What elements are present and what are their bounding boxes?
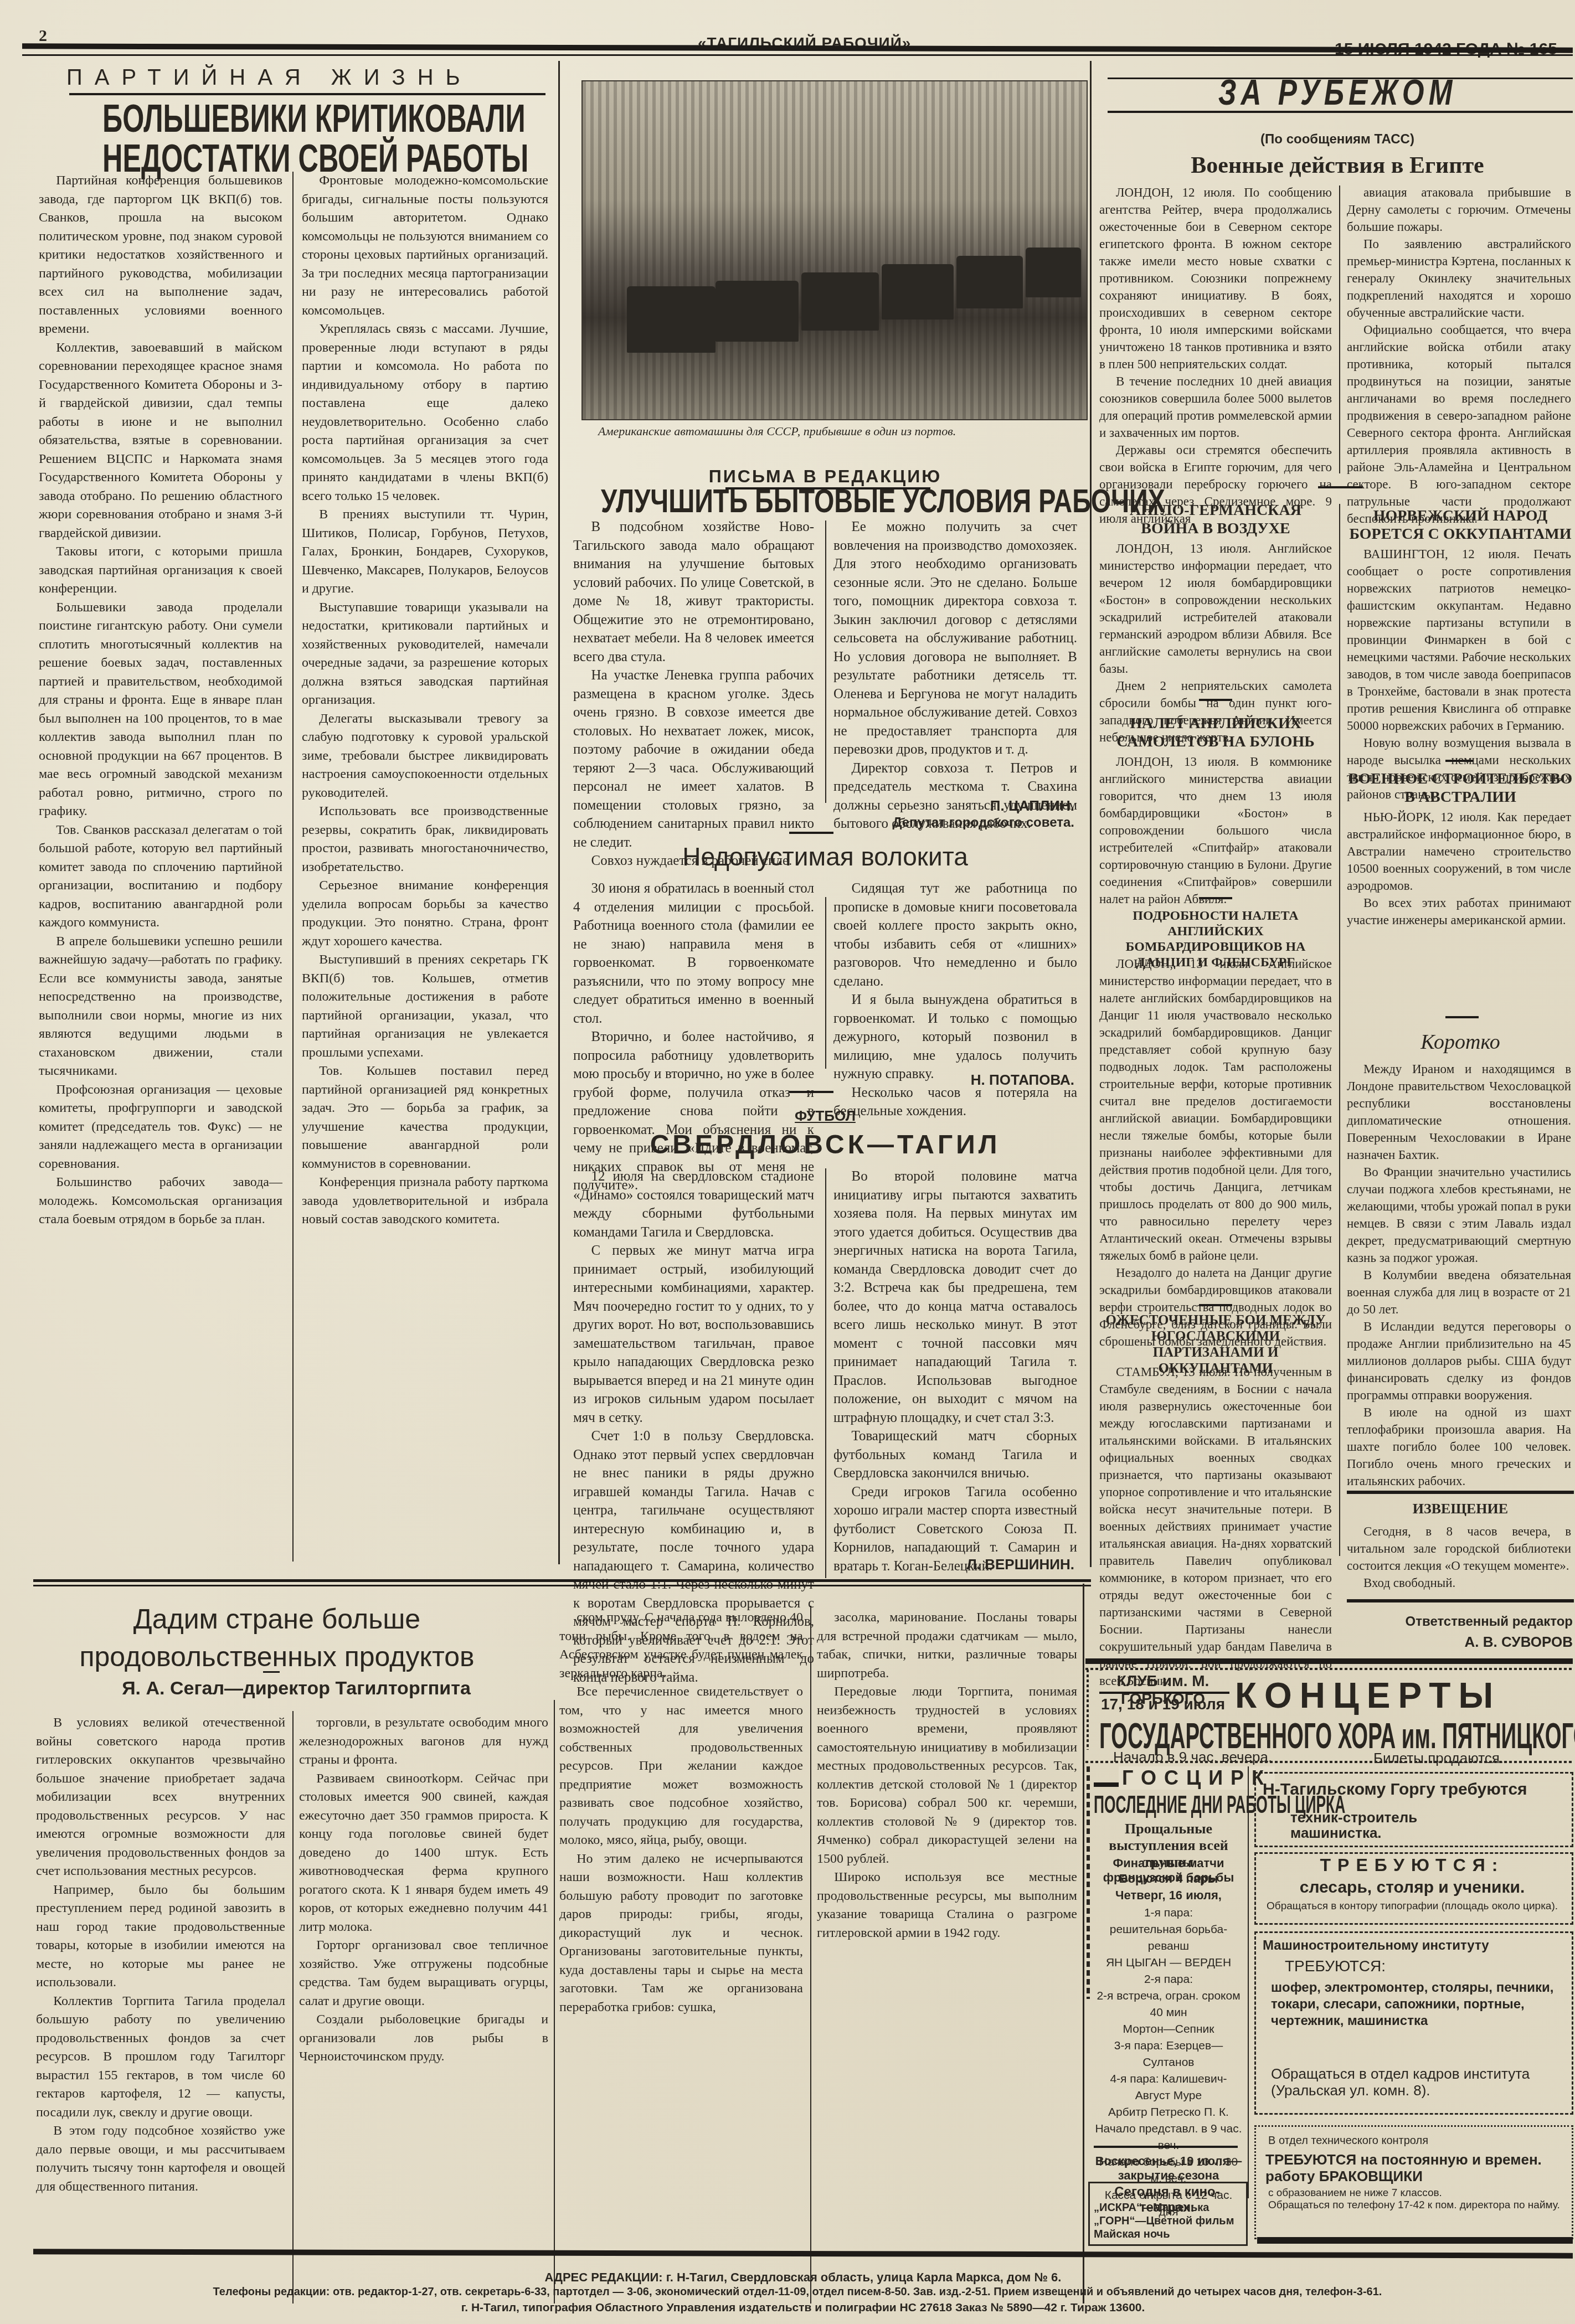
paragraph: Профсоюзная организация — цеховые комите… — [39, 1081, 282, 1174]
ad-border — [1085, 1668, 1573, 1670]
separator-thick — [1347, 1599, 1574, 1602]
food-col3: ском пруду. С начала года выловлено 40 т… — [559, 1609, 803, 2017]
editor-name: А. В. СУВОРОВ — [1368, 1634, 1573, 1651]
column-divider — [292, 172, 294, 1562]
ad-border — [1087, 1766, 1090, 1999]
paragraph: Партийная конференция большевиков завода… — [39, 172, 282, 339]
paragraph: В Колумбии введена обязательная военная … — [1347, 1266, 1571, 1318]
flensburg-text: ЛОНДОН, 13 июля. Английское министерство… — [1099, 955, 1332, 1350]
paragraph: 12 июля на свердловском стадионе «Динамо… — [573, 1167, 814, 1241]
column-divider — [1339, 504, 1340, 1556]
circus-pairs: Борются 4 пары — [1094, 1872, 1243, 1886]
separator — [1199, 699, 1232, 701]
column-divider — [825, 897, 826, 1069]
ad-border — [1087, 1669, 1089, 1750]
concert-dates: 17, 18 и 19 июля — [1099, 1696, 1227, 1713]
qc-req: с образованием не ниже 7 классов.Обращат… — [1268, 2187, 1567, 2212]
cinema-listings: „ИСКРА“—Машенька„ГОРН“—Цветной фильмМайс… — [1094, 2201, 1234, 2241]
paragraph: В условиях великой отечественной войны с… — [36, 1714, 285, 1881]
circus-day: Четверг, 16 июля, — [1094, 1888, 1243, 1903]
paragraph: Выступивший в прениях секретарь ГК ВКП(б… — [302, 951, 548, 1062]
letters-signature-title: Депутат городского совета. — [864, 815, 1074, 831]
line: Арбитр Петреско П. К. — [1094, 2104, 1243, 2121]
paragraph: В июле на одной из шахт теплофабрики про… — [1347, 1404, 1571, 1490]
line: Майская ночь — [1094, 2228, 1234, 2241]
institute-positions: шофер, электромонтер, столяры, печники, … — [1271, 1980, 1564, 2029]
column-divider — [554, 1700, 555, 2304]
paragraph: Тов. Сванков рассказал делегатам о той б… — [39, 821, 282, 932]
paragraph: Во второй половине матча инициативу игры… — [833, 1167, 1077, 1427]
qc-intro: В отдел технического контроля — [1268, 2135, 1428, 2147]
paragraph: Все перечисленное свидетельствует о том,… — [559, 1683, 803, 1850]
separator — [263, 1671, 280, 1673]
line: 3-я пара: Езерцев—Султанов — [1094, 2038, 1243, 2071]
headline-red-tape: Недопустимая волокита — [570, 842, 1080, 872]
separator — [789, 832, 833, 834]
paragraph: Фронтовые молодежно-комсомольские бригад… — [302, 172, 548, 320]
paragraph: На участке Леневка группа рабочих размещ… — [573, 666, 814, 852]
truck-shape — [882, 264, 954, 320]
rubric-football: ФУТБОЛ — [570, 1107, 1080, 1125]
paragraph: засолка, маринование. Посланы товары для… — [817, 1609, 1077, 1683]
paragraph: В Исландии ведутся переговоры о продаже … — [1347, 1318, 1571, 1404]
rubric-party-life: ПАРТИЙНАЯ ЖИЗНЬ — [66, 65, 472, 90]
qc-title: ТРЕБУЮТСЯ на постоянную и времен. работу… — [1265, 2151, 1564, 2184]
paragraph: Создали рыболовецкие бригады и организов… — [299, 2011, 548, 2067]
ad-rule — [1257, 2237, 1573, 2244]
column-divider — [825, 521, 826, 803]
column-divider — [1248, 1766, 1249, 2198]
truck-shape — [716, 281, 799, 342]
letters-col1: В подсобном хозяйстве Ново-Тагильского з… — [573, 518, 814, 870]
truck-shape — [956, 256, 1023, 308]
food-col2: торговли, в результате освободим много ж… — [299, 1714, 548, 2067]
paragraph: Между Ираном и находящимся в Лондоне пра… — [1347, 1060, 1571, 1163]
boulogne-text: ЛОНДОН, 13 июля. В коммюнике английского… — [1099, 753, 1332, 908]
truck-shape — [1026, 248, 1081, 297]
line: 2-я встреча, огран. сроком 40 мин — [1094, 1988, 1243, 2021]
newspaper-page: 2 «ТАГИЛЬСКИЙ РАБОЧИЙ» 15 ИЮЛЯ 1942 ГОДА… — [0, 0, 1575, 2324]
institute-org: Машиностроительному институту — [1263, 1938, 1489, 1954]
separator — [1318, 486, 1362, 488]
separator — [1445, 760, 1473, 762]
line: Мортон—Сепник — [1094, 2021, 1243, 2038]
headline-australia: ВОЕННОЕ СТРОИТЕЛЬСТВО В АВСТРАЛИИ — [1347, 770, 1574, 806]
headline-boulogne: НАЛЕТ АНГЛИЙСКИХ САМОЛЕТОВ НА БУЛОНЬ — [1099, 714, 1332, 751]
paragraph: Широко используя все местные продовольст… — [817, 1868, 1077, 1942]
paragraph: Но этим далеко не исчерпываются наши воз… — [559, 1850, 803, 2017]
paragraph: Развиваем свиноотkорм. Сейчас при столов… — [299, 1770, 548, 1937]
truck-shape — [627, 286, 716, 353]
separator-thick — [1347, 1491, 1574, 1494]
institute-contact: Обращаться в отдел кадров института (Ура… — [1271, 2065, 1564, 2099]
footer-printer: г. Н-Тагил, типография Областного Управл… — [33, 2301, 1573, 2315]
editor-label: Ответственный редактор — [1368, 1614, 1573, 1630]
headline-anglo-german: АНГЛО-ГЕРМАНСКАЯ ВОЙНА В ВОЗДУХЕ — [1099, 501, 1332, 538]
paragraph: Серьезное внимание конференция уделила в… — [302, 877, 548, 951]
norway-text: ВАШИНГТОН, 12 июля. Печать сообщает о ро… — [1347, 545, 1571, 803]
rubric-abroad: ЗА РУБЕЖОМ — [1149, 72, 1526, 113]
byline-food: Я. А. Сегал—директор Тагилторгпита — [33, 1678, 559, 1699]
paragraph: Сидящая тут же работница по прописке в д… — [833, 879, 1077, 991]
egypt-col2: авиация атаковала прибывшие в Дерну само… — [1347, 184, 1571, 527]
paragraph: Например, было бы большим преступлением … — [36, 1881, 285, 1992]
paragraph: Коллектив, завоевавший в майском соревно… — [39, 339, 282, 543]
footer-address: АДРЕС РЕДАКЦИИ: г. Н-Тагил, Свердловская… — [33, 2270, 1573, 2285]
paragraph: Во Франции значительно участились случаи… — [1347, 1163, 1571, 1266]
abroad-frame — [1108, 111, 1573, 113]
paragraph: Товарищеский матч сборных футбольных ком… — [833, 1427, 1077, 1483]
paragraph: ЛОНДОН, 13 июля. Английское министерство… — [1099, 540, 1332, 677]
notice-text: Сегодня, в 8 часов вечера, в читальном з… — [1347, 1523, 1571, 1591]
paragraph: Использовать все производственные резерв… — [302, 802, 548, 877]
section-rule — [33, 1579, 1091, 1582]
paragraph: В этом году подсобное хозяйство уже дало… — [36, 2122, 285, 2196]
paragraph: Ее можно получить за счет вовлечения на … — [833, 518, 1077, 759]
paragraph: Тов. Кольшев поставил перед партийной ор… — [302, 1062, 548, 1173]
column-divider — [825, 1168, 826, 1578]
red-tape-signature: Н. ПОТАПОВА. — [914, 1071, 1074, 1089]
headline-football: СВЕРДЛОВСК—ТАГИЛ — [570, 1130, 1080, 1160]
food-col4: засолка, маринование. Посланы товары для… — [817, 1609, 1077, 1942]
paragraph: В прениях выступили тт. Чурин, Шитиков, … — [302, 506, 548, 599]
paragraph: В апреле большевики успешно решили важне… — [39, 932, 282, 1081]
paragraph: По заявлению австралийского премьер-мини… — [1347, 235, 1571, 321]
printing-title: ТРЕБУЮТСЯ: — [1254, 1855, 1570, 1875]
truck-shape — [801, 272, 879, 331]
football-col2: Во второй половине матча инициативу игры… — [833, 1167, 1077, 1575]
column-divider — [292, 1711, 294, 2304]
paragraph: ском пруду. С начала года выловлено 40 т… — [559, 1609, 803, 1683]
column-divider — [558, 61, 560, 1564]
food-col1: В условиях великой отечественной войны с… — [36, 1714, 285, 2196]
paragraph: ВАШИНГТОН, 12 июля. Печать сообщает о ро… — [1347, 545, 1571, 734]
paragraph: Большинство рабочих завода—молодежь. Ком… — [39, 1173, 282, 1229]
line: ЯН ЦЫГАН — ВЕРДЕН — [1094, 1955, 1243, 1971]
institute-title: ТРЕБУЮТСЯ: — [1285, 1957, 1386, 1975]
australia-text: НЬЮ-ЙОРК, 12 июля. Как передает австрали… — [1347, 808, 1571, 929]
paragraph: Таковы итоги, с которыми пришла заводска… — [39, 543, 282, 599]
separator — [789, 1091, 833, 1093]
concert-tickets: Билеты продаются. — [1373, 1750, 1504, 1767]
torg-positions: техник-строительмашинистка. — [1290, 1810, 1417, 1841]
masthead-rule-thin — [22, 54, 1573, 56]
paragraph: НЬЮ-ЙОРК, 12 июля. Как передает австрали… — [1347, 808, 1571, 894]
photo-trucks — [581, 80, 1088, 420]
paragraph: СТАМБУЛ, 13 июля. По полученным в Стамбу… — [1099, 1363, 1332, 1689]
headline-norway: НОРВЕЖСКИЙ НАРОД БОРЕТСЯ С ОККУПАНТАМИ — [1347, 507, 1574, 543]
footer-rule — [33, 2249, 1573, 2258]
paragraph: 30 июня я обратилась в военный стол 4 от… — [573, 879, 814, 1028]
paragraph: Официально сообщается, что вчера английс… — [1347, 321, 1571, 527]
paragraph: Выступавшие товарищи указывали на недост… — [302, 599, 548, 710]
torg-title: Н-Тагильскому Горгу требуются — [1263, 1780, 1527, 1799]
paragraph: Конференция признала работу парткома зав… — [302, 1173, 548, 1229]
paragraph: В подсобном хозяйстве Ново-Тагильского з… — [573, 518, 814, 666]
printing-positions: слесарь, столяр и ученики. — [1254, 1878, 1570, 1897]
party-life-col1: Партийная конференция большевиков завода… — [39, 172, 282, 1229]
briefly-text: Между Ираном и находящимся в Лондоне пра… — [1347, 1060, 1571, 1490]
paragraph: торговли, в результате освободим много ж… — [299, 1714, 548, 1770]
circus-rule — [1094, 2146, 1238, 2148]
paragraph: ЛОНДОН, 12 июля. По сообщению агентства … — [1099, 184, 1332, 373]
ad-rule — [1085, 1658, 1573, 1664]
ad-border — [1085, 1761, 1573, 1763]
paragraph: И я была вынуждена обратиться в горвоенк… — [833, 991, 1077, 1084]
football-signature: Л. ВЕРШИНИН. — [914, 1556, 1074, 1573]
paragraph: Коллектив Торгпита Тагила проделал больш… — [36, 1992, 285, 2122]
paragraph: Большевики завода проделали поистине гиг… — [39, 599, 282, 821]
separator — [1445, 1016, 1479, 1018]
headline-egypt: Военные действия в Египте — [1102, 152, 1573, 179]
line: 2-я пара: — [1094, 1971, 1243, 1988]
line: „ИСКРА“—Машенька — [1094, 2201, 1234, 2214]
party-life-col2: Фронтовые молодежно-комсомольские бригад… — [302, 172, 548, 1229]
footer-phones: Телефоны редакции: отв. редактор-1-27, о… — [22, 2286, 1573, 2299]
concert-start: Начало в 9 час. вечера. — [1113, 1749, 1272, 1766]
paragraph: ЛОНДОН, 13 июля. В коммюнике английского… — [1099, 753, 1332, 908]
page-number: 2 — [39, 27, 47, 45]
headline-notice: ИЗВЕЩЕНИЕ — [1347, 1501, 1574, 1517]
line: Начало представл. в 9 час. веч. — [1094, 2121, 1243, 2154]
separator — [1199, 1304, 1232, 1306]
headline-food: Дадим стране больше продовольственных пр… — [33, 1600, 521, 1676]
column-divider — [1339, 185, 1340, 473]
line: 1-я пара: — [1094, 1905, 1243, 1921]
circus-name: ГОСЦИРК — [1119, 1766, 1275, 1790]
line: „ГОРН“—Цветной фильм — [1094, 2214, 1234, 2228]
line: 4-я пара: Калишевич-Август Муре — [1094, 2071, 1243, 2104]
paragraph: Во всех этих работах принимают участие и… — [1347, 894, 1571, 929]
paragraph: Горторг организовал свое тепличное хозяй… — [299, 1936, 548, 2011]
separator — [1199, 897, 1232, 899]
paragraph: Укреплялась связь с массами. Лучшие, про… — [302, 320, 548, 506]
ad-underline — [1099, 1692, 1229, 1694]
column-divider — [1090, 61, 1092, 1567]
yugoslavia-text: СТАМБУЛ, 13 июля. По полученным в Стамбу… — [1099, 1363, 1332, 1689]
abroad-source: (По сообщениям ТАСС) — [1102, 132, 1573, 147]
headline-party-life: БОЛЬШЕВИКИ КРИТИКОВАЛИ НЕДОСТАТКИ СВОЕЙ … — [102, 99, 528, 178]
paragraph: Делегаты высказывали тревогу за слабую п… — [302, 710, 548, 803]
paragraph: ЛОНДОН, 13 июля. Английское министерство… — [1099, 955, 1332, 1264]
egypt-col1: ЛОНДОН, 12 июля. По сообщению агентства … — [1099, 184, 1332, 527]
printing-contact: Обращаться в контору типографии (площадь… — [1257, 1900, 1567, 1912]
headline-letters: УЛУЧШИТЬ БЫТОВЫЕ УСЛОВИЯ РАБОЧИХ — [601, 482, 1165, 520]
line: решительная борьба-реванш — [1094, 1921, 1243, 1955]
column-divider — [1083, 1584, 1084, 2304]
paragraph: Передовые люди Торгпита, понимая неизбеж… — [817, 1683, 1077, 1868]
column-divider — [810, 1606, 811, 2304]
paragraph: авиация атаковала прибывшие в Дерну само… — [1347, 184, 1571, 235]
photo-caption: Американские автомашины для СССР, прибыв… — [598, 424, 1074, 439]
section-rule — [33, 1585, 1091, 1586]
rubric-underline — [69, 93, 545, 95]
letters-col2: Ее можно получить за счет вовлечения на … — [833, 518, 1077, 833]
letters-signature: П. ЦАПЛИН. — [941, 797, 1074, 815]
concert-title: КОНЦЕРТЫ — [1235, 1675, 1501, 1716]
circus-closing: Воскресенье, 19 июля—закрытие сезона — [1091, 2154, 1246, 2183]
headline-briefly: Коротко — [1347, 1030, 1574, 1054]
paragraph: С первых же минут матча игра принимает о… — [573, 1241, 814, 1427]
paragraph: В течение последних 10 дней авиация союз… — [1099, 373, 1332, 441]
